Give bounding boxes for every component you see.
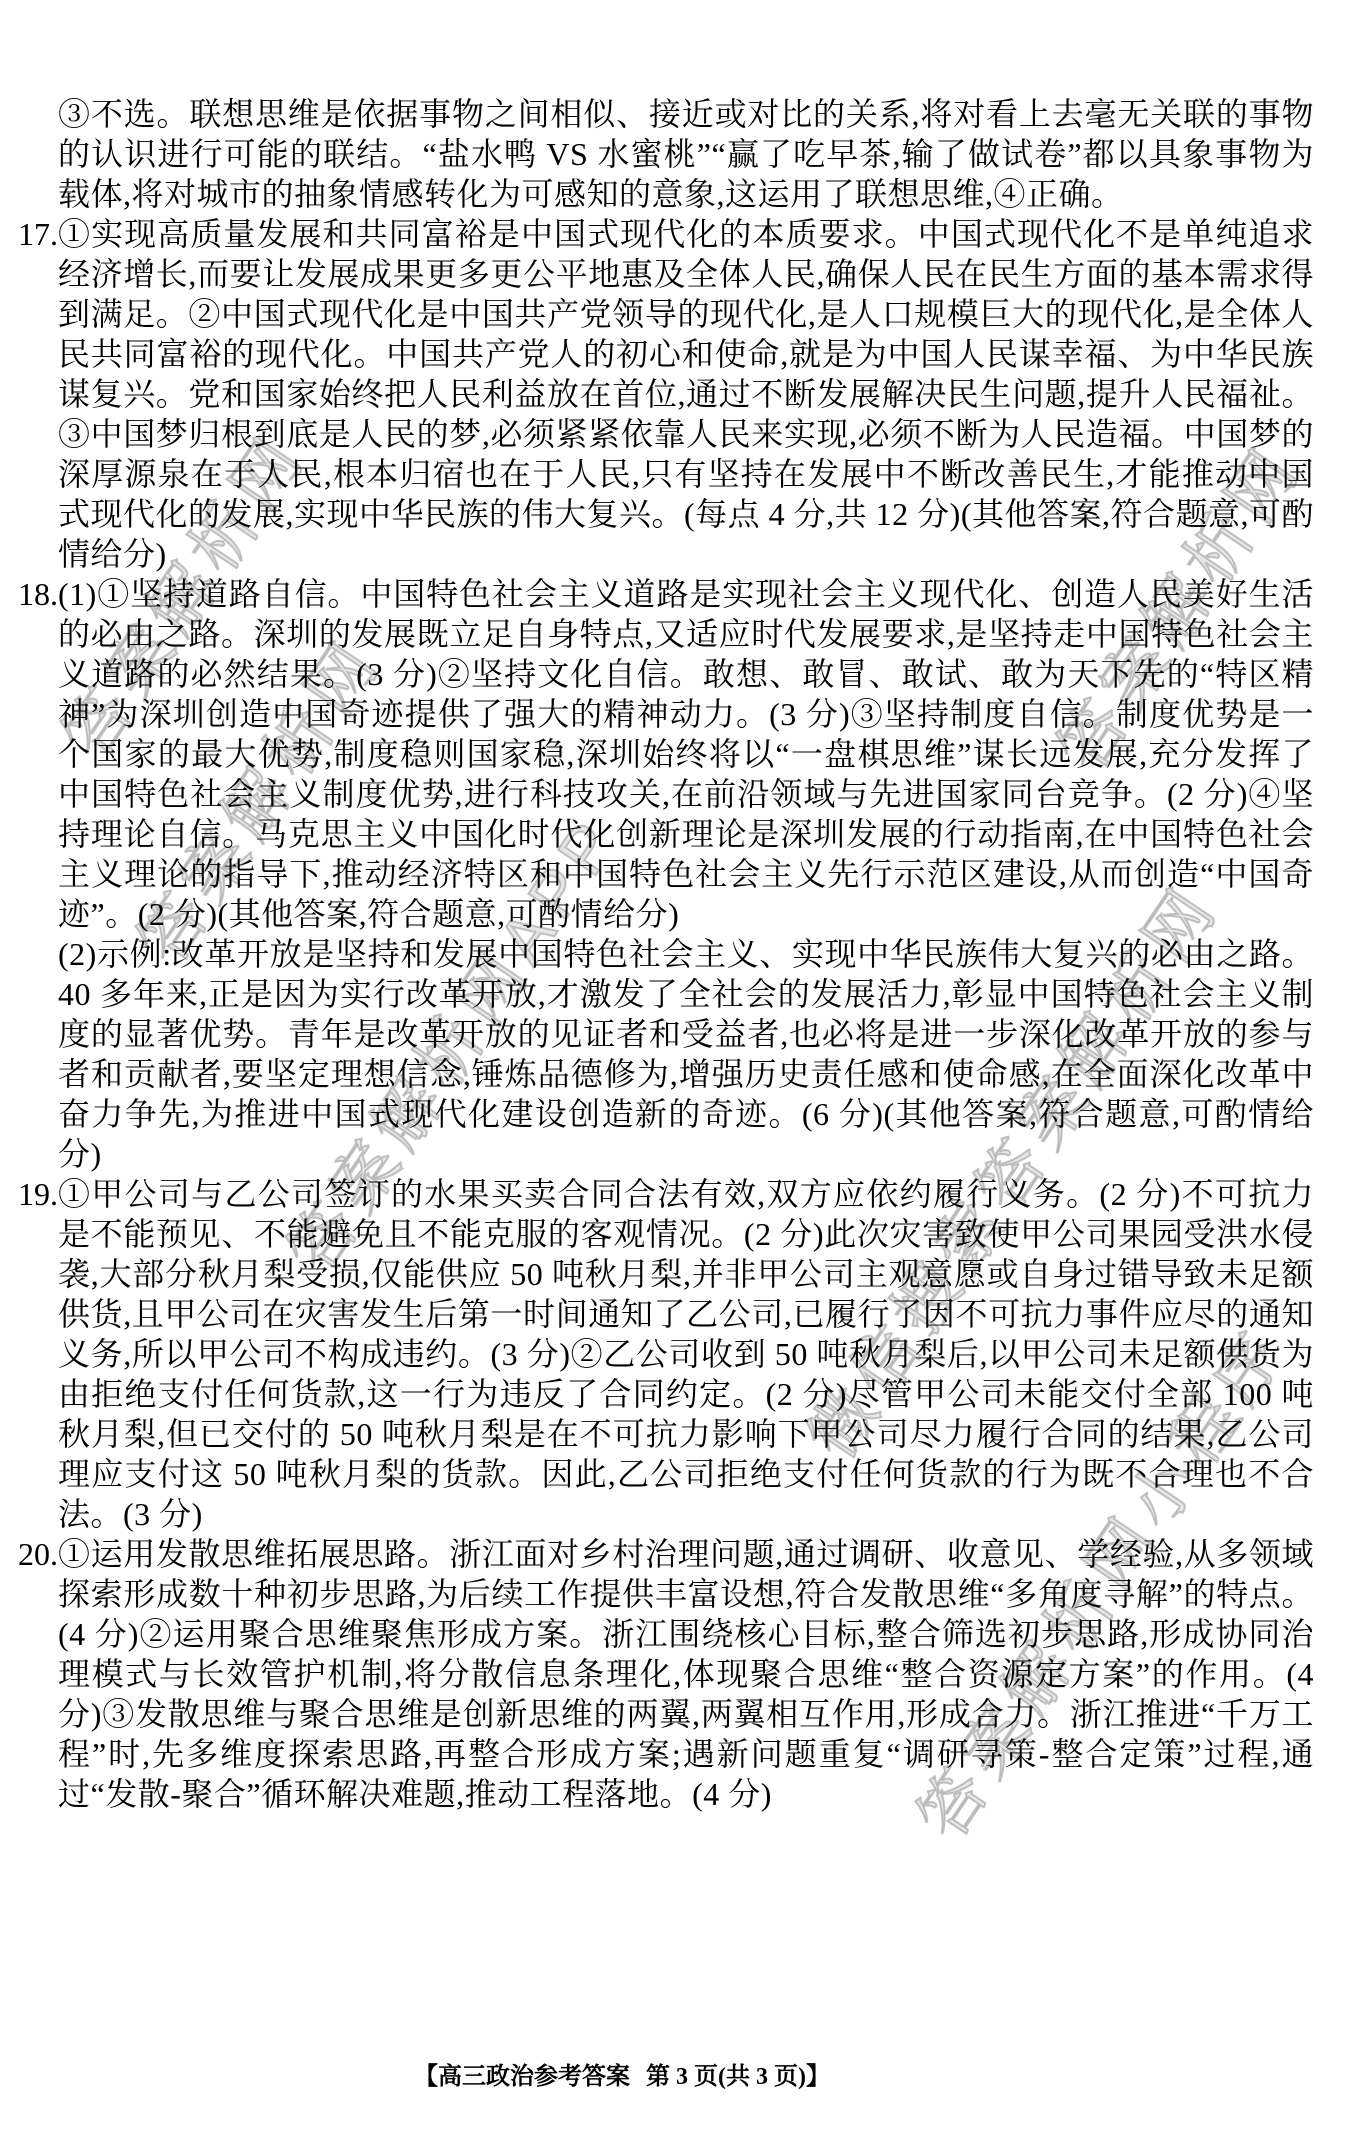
- page-footer: 【高三政治参考答案第 3 页(共 3 页)】: [414, 2062, 830, 2092]
- answer-paragraph: ①运用发散思维拓展思路。浙江面对乡村治理问题,通过调研、收意见、学经验,从多领域…: [58, 1534, 1314, 1814]
- answer-item-16-continuation: ③不选。联想思维是依据事物之间相似、接近或对比的关系,将对看上去毫无关联的事物的…: [58, 94, 1314, 214]
- answer-paragraph: ①实现高质量发展和共同富裕是中国式现代化的本质要求。中国式现代化不是单纯追求经济…: [58, 214, 1314, 574]
- answer-number: 17.: [18, 214, 58, 254]
- answer-number: 20.: [18, 1534, 58, 1574]
- answer-item-20: 20. ①运用发散思维拓展思路。浙江面对乡村治理问题,通过调研、收意见、学经验,…: [58, 1534, 1314, 1814]
- answer-item-18: 18. (1)①坚持道路自信。中国特色社会主义道路是实现社会主义现代化、创造人民…: [58, 574, 1314, 1174]
- footer-title: 【高三政治参考答案: [414, 2063, 630, 2090]
- answer-sheet-page: 答案解析网 答案解析网 答案解析网APP 答案解析网 微信搜索答案解析网 答案解…: [0, 0, 1359, 2137]
- answer-number: 18.: [18, 574, 58, 614]
- answer-paragraph: (2)示例:改革开放是坚持和发展中国特色社会主义、实现中华民族伟大复兴的必由之路…: [58, 934, 1314, 1174]
- footer-page-number: 第 3 页(共 3 页)】: [646, 2064, 830, 2090]
- answers-content: ③不选。联想思维是依据事物之间相似、接近或对比的关系,将对看上去毫无关联的事物的…: [58, 94, 1314, 1814]
- answer-item-17: 17. ①实现高质量发展和共同富裕是中国式现代化的本质要求。中国式现代化不是单纯…: [58, 214, 1314, 574]
- answer-paragraph: ①甲公司与乙公司签订的水果买卖合同合法有效,双方应依约履行义务。(2 分)不可抗…: [58, 1174, 1314, 1534]
- answer-number: 19.: [18, 1174, 58, 1214]
- answer-item-19: 19. ①甲公司与乙公司签订的水果买卖合同合法有效,双方应依约履行义务。(2 分…: [58, 1174, 1314, 1534]
- answer-paragraph: (1)①坚持道路自信。中国特色社会主义道路是实现社会主义现代化、创造人民美好生活…: [58, 574, 1314, 934]
- answer-paragraph: ③不选。联想思维是依据事物之间相似、接近或对比的关系,将对看上去毫无关联的事物的…: [58, 94, 1314, 214]
